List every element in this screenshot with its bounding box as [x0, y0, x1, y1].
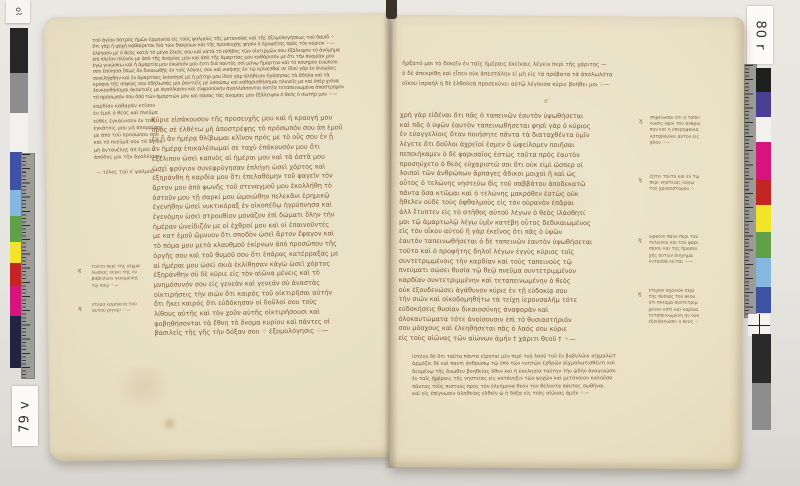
- corner-tag-label: o⌇: [6, 0, 30, 23]
- left-page-top-commentary-block: τοῦ ἁγίου πατρὸς ἡμῶν ἑρμηνεία εἰς τοὺς …: [92, 34, 365, 101]
- grayscale-calibration-left: [10, 28, 28, 153]
- manuscript-text-line: ᾅδου ⁘—: [650, 140, 742, 147]
- white-patch: [756, 117, 771, 142]
- yellow-patch: [756, 205, 771, 232]
- spine-binding-mark: [386, 0, 397, 19]
- folio-label-left-text: 79 v: [18, 400, 33, 432]
- black-patch: [10, 28, 28, 73]
- margin-sign-icon: ϗ: [78, 305, 82, 312]
- margin-sign-icon: ϗ: [638, 236, 642, 243]
- violet-patch: [756, 92, 771, 117]
- right-page-margin-note-4: ἕτερον σχόλιον περὶτῆς θυσίας τοῦ θεοῦὅτ…: [648, 289, 740, 327]
- margin-sign-icon: ϗ: [639, 117, 643, 124]
- right-page-margin-note-1: σημείωσαι ὅτι ἡ ταπείνωσις ὑψοῖ τὸν ἄνθρ…: [650, 116, 742, 148]
- black-patch: [756, 68, 771, 92]
- corner-tag-text: o⌇: [14, 7, 23, 16]
- ruler-left: [21, 153, 35, 379]
- manuscript-text-line: τοῦ χρυσοστόμου ⁘: [649, 187, 741, 194]
- registration-cross-icon: [748, 314, 770, 336]
- left-page-margin-note-2: ἑτέρα ἑρμηνεία τοῦαὐτοῦ ῥητοῦ ⁘—: [92, 301, 208, 315]
- color-calibration-right: [756, 68, 771, 313]
- folio-label-right-text: 80 r: [753, 20, 768, 50]
- manuscript-text-line: ἐνταῦθα κεῖται ⁘—: [649, 259, 741, 266]
- manuscript-page-right: ἤρξατό μοι τὸ δοκεῖν ἐν ταῖς ἡμέραις ἐκε…: [389, 15, 744, 469]
- parchment-stain: [162, 418, 178, 430]
- red-patch: [756, 180, 771, 205]
- right-page-footer-commentary-block: ἰστέον δὲ ὅτι ταῦτα πάντα εἴρηται μὲν πε…: [412, 353, 616, 398]
- left-page-margin-note-1: τοῦτο περὶ τῆς αἰχμαλωσίας λέγει τῆς ἐνβ…: [91, 263, 207, 289]
- folio-label-left: 79 v: [12, 386, 38, 446]
- magenta-patch: [756, 142, 771, 180]
- right-page-margin-note-2: ζήτει τοῦτο καὶ ἐν τῷπερὶ νηστείας λόγῳτ…: [649, 175, 741, 194]
- right-page-margin-note-3: ὡραῖον πάνυ περὶ τοῦτελώνου καὶ τοῦ φαρι…: [649, 235, 741, 267]
- dark-blue-patch: [756, 287, 771, 313]
- manuscript-text-line: βασιλεῖς τῆς γῆς τὴν δόξαν σου ⁘ ἐξομολό…: [154, 326, 368, 339]
- manuscript-text-line: καὶ εἰς ἐπίγνωσιν ἀληθείας ἐλθεῖν ᾧ ἡ δό…: [412, 390, 616, 398]
- manuscript-page-left: τοῦ ἁγίου πατρὸς ἡμῶν ἑρμηνεία εἰς τοὺς …: [44, 13, 396, 462]
- gray-patch: [752, 383, 771, 430]
- margin-sign-icon: ϗ: [638, 176, 642, 183]
- right-page-main-text-block: χρὴ γὰρ εἰδέναι ὅτι πᾶς ὁ ταπεινῶν ἑαυτὸ…: [398, 111, 650, 346]
- parchment-stain: [109, 366, 180, 407]
- margin-sign-icon: ϗ: [638, 290, 642, 297]
- margin-sign-icon: ϗ: [77, 267, 81, 274]
- light-blue-patch: [756, 258, 771, 287]
- folio-label-right: 80 r: [747, 6, 773, 64]
- right-page-header-block: ἤρξατό μοι τὸ δοκεῖν ἐν ταῖς ἡμέραις ἐκε…: [402, 59, 658, 91]
- green-patch: [756, 232, 771, 258]
- manuscript-text-line: εἰς τοὺς αἰῶνας τῶν αἰώνων ἀμήν † χάριτι…: [398, 334, 648, 345]
- gray-patch: [10, 73, 28, 113]
- manuscript-text-line: οἴκου ἰσραήλ ἡ δὲ ἐλθοῦσα προσεκύνει αὐτ…: [402, 79, 658, 91]
- quire-number-mark: πʹ: [544, 98, 549, 105]
- black-patch: [752, 334, 771, 383]
- white-patch: [10, 113, 28, 153]
- grayscale-calibration-right: [752, 334, 771, 430]
- manuscript-text-line: ἐξουδενώσει ὁ θεὸς ⁘: [648, 320, 740, 327]
